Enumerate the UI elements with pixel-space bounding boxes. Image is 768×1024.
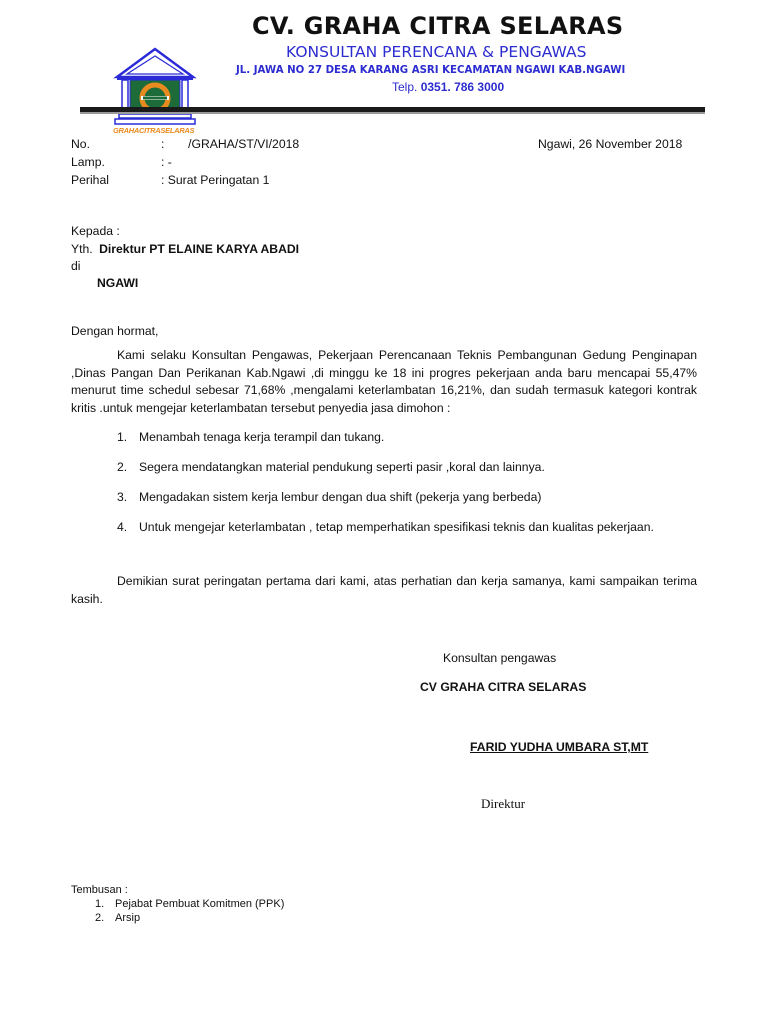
company-logo <box>113 47 197 127</box>
company-address: JL. JAWA NO 27 DESA KARANG ASRI KECAMATA… <box>236 65 625 76</box>
cc-label: Tembusan : <box>71 884 128 896</box>
body-paragraph-text: Kami selaku Konsultan Pengawas, Pekerjaa… <box>71 348 697 415</box>
company-subtitle: KONSULTAN PERENCANA & PENGAWAS <box>286 43 586 61</box>
number-label: No. <box>71 137 90 151</box>
subject-label: Perihal <box>71 173 109 187</box>
greeting: Dengan hormat, <box>71 324 158 338</box>
at-label: di <box>71 259 81 273</box>
list-item: 3.Mengadakan sistem kerja lembur dengan … <box>117 490 541 504</box>
company-name: CV. GRAHA CITRA SELARAS <box>252 12 623 40</box>
building-g-logo-icon <box>113 47 197 127</box>
attachment-label: Lamp. <box>71 155 105 169</box>
letterhead-divider-shadow <box>80 112 705 114</box>
recipient-line: Yth. Direktur PT ELAINE KARYA ABADI <box>71 242 299 256</box>
signature-role: Konsultan pengawas <box>443 651 556 665</box>
to-label: Kepada : <box>71 224 120 238</box>
cc-item: 2.Arsip <box>95 912 140 924</box>
recipient-name: Direktur PT ELAINE KARYA ABADI <box>99 242 299 256</box>
list-item: 2.Segera mendatangkan material pendukung… <box>117 460 545 474</box>
phone-number: 0351. 786 3000 <box>421 80 504 94</box>
subject-value: : Surat Peringatan 1 <box>161 173 269 187</box>
place-date: Ngawi, 26 November 2018 <box>538 137 682 151</box>
logo-caption: GRAHACITRASELARAS <box>113 126 194 135</box>
phone-label: Telp. <box>392 80 417 94</box>
signatory-name: FARID YUDHA UMBARA ST,MT <box>470 740 648 754</box>
recipient-city: NGAWI <box>97 276 138 290</box>
signatory-title: Direktur <box>481 796 525 812</box>
number-value: : /GRAHA/ST/VI/2018 <box>161 137 299 151</box>
list-item: 1.Menambah tenaga kerja terampil dan tuk… <box>117 430 384 444</box>
attachment-value: : - <box>161 155 172 169</box>
closing-text: Demikian surat peringatan pertama dari k… <box>71 574 697 606</box>
body-paragraph: Kami selaku Konsultan Pengawas, Pekerjaa… <box>71 347 697 417</box>
list-item: 4.Untuk mengejar keterlambatan , tetap m… <box>117 520 654 534</box>
cc-item: 1.Pejabat Pembuat Komitmen (PPK) <box>95 898 284 910</box>
company-phone: Telp. 0351. 786 3000 <box>392 80 504 94</box>
closing-paragraph: Demikian surat peringatan pertama dari k… <box>71 573 697 608</box>
signature-company: CV GRAHA CITRA SELARAS <box>420 680 586 694</box>
honorific: Yth. <box>71 242 93 256</box>
